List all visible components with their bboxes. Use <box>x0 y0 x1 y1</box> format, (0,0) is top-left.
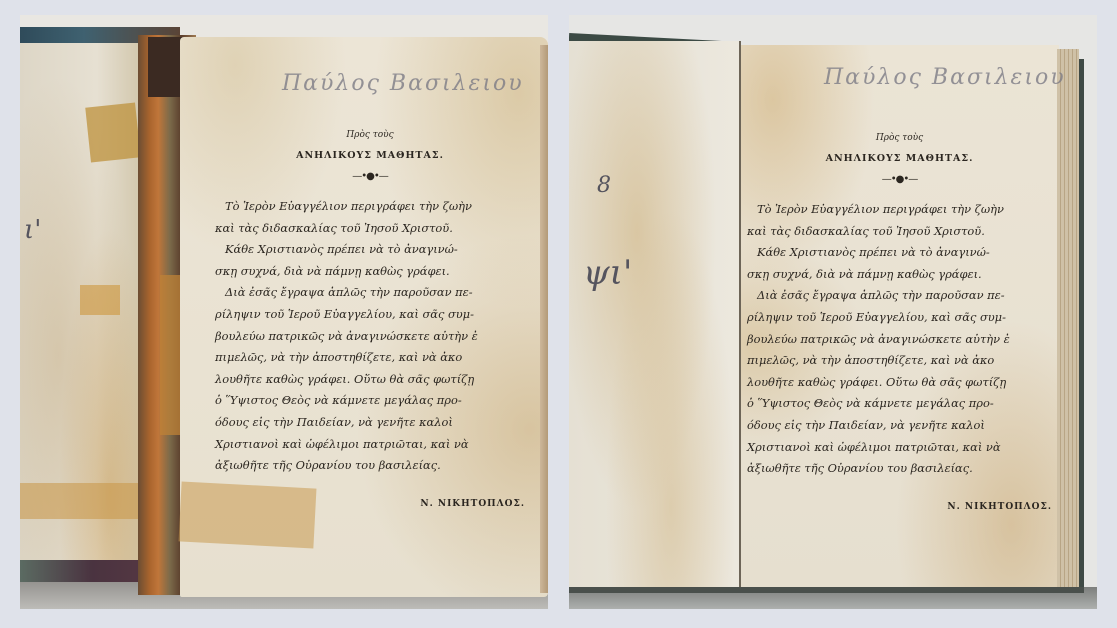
text-line: Τὸ Ἱερὸν Εὐαγγέλιον περιγράφει τὴν ζωὴν <box>747 199 1052 221</box>
text-line: καὶ τὰς διδασκαλίας τοῦ Ἰησοῦ Χριστοῦ. <box>215 218 525 240</box>
text-line: πιμελῶς, νὰ τὴν ἀποστηθίζετε, καὶ νὰ ἀκο <box>215 347 525 369</box>
text-line: όδους εἰς τὴν Παιδείαν, νὰ γενῆτε καλοὶ <box>747 415 1052 437</box>
text-line: σκῃ συχνά, διὰ νὰ πάμνῃ καθὼς γράφει. <box>747 264 1052 286</box>
heading-title: ΑΝΗΛΙΚΟΥΣ ΜΑΘΗΤΑΣ. <box>215 150 525 161</box>
left-flyleaf <box>569 41 739 589</box>
spine-headcap <box>148 37 184 97</box>
margin-mark: ι' <box>24 215 41 245</box>
margin-mark: 8 <box>597 173 611 198</box>
tape-patch <box>85 103 140 163</box>
heading-title: ΑΝΗΛΙΚΟΥΣ ΜΑΘΗΤΑΣ. <box>747 153 1052 164</box>
page-stack <box>1057 49 1079 589</box>
cover-right-edge <box>1079 59 1084 589</box>
text-line: όδους εἰς τὴν Παιδείαν, νὰ γενῆτε καλοὶ <box>215 412 525 434</box>
heading-to: Πρὸς τοὺς <box>215 130 525 140</box>
text-line: ρίληψιν τοῦ Ἱεροῦ Εὐαγγελίου, καὶ σᾶς συ… <box>747 307 1052 329</box>
tape-patch <box>80 285 120 315</box>
text-line: βουλεύω πατρικῶς νὰ ἀναγινώσκετε αὐτὴν ἐ <box>215 326 525 348</box>
text-line: ρίληψιν τοῦ Ἱεροῦ Εὐαγγελίου, καὶ σᾶς συ… <box>215 304 525 326</box>
text-line: Κάθε Χριστιανὸς πρέπει νὰ τὸ ἀναγινώ- <box>747 242 1052 264</box>
author-signature: Ν. ΝΙΚΗΤΟΠΛΟΣ. <box>215 499 525 509</box>
ornament-divider: —•●•— <box>747 174 1052 185</box>
text-line: Χριστιανοὶ καὶ ὠφέλιμοι πατριῶται, καὶ ν… <box>215 434 525 456</box>
author-signature: Ν. ΝΙΚΗΤΟΠΛΟΣ. <box>747 502 1052 512</box>
heading-to: Πρὸς τοὺς <box>747 133 1052 143</box>
text-line: σκῃ συχνά, διὰ νὰ πάμνῃ καθὼς γράφει. <box>215 261 525 283</box>
page-text-block: Πρὸς τοὺς ΑΝΗΛΙΚΟΥΣ ΜΑΘΗΤΑΣ. —•●•— Τὸ Ἱε… <box>747 133 1052 512</box>
page-edge <box>540 45 548 593</box>
text-line: Διὰ ἐσᾶς ἔγραψα ἁπλῶς τὴν παροῦσαν πε- <box>747 285 1052 307</box>
text-line: ὁ Ὕψιστος Θεὸς νὰ κάμνετε μεγάλας προ- <box>747 393 1052 415</box>
ornament-divider: —•●•— <box>215 171 525 182</box>
page-text-block: Πρὸς τοὺς ΑΝΗΛΙΚΟΥΣ ΜΑΘΗΤΑΣ. —•●•— Τὸ Ἱε… <box>215 130 525 509</box>
text-line: καὶ τὰς διδασκαλίας τοῦ Ἰησοῦ Χριστοῦ. <box>747 221 1052 243</box>
text-line: βουλεύω πατρικῶς νὰ ἀναγινώσκετε αὐτὴν ἐ <box>747 329 1052 351</box>
text-line: ἀξιωθῆτε τῆς Οὐρανίου του βασιλείας. <box>215 455 525 477</box>
text-line: ὁ Ὕψιστος Θεὸς νὰ κάμνετε μεγάλας προ- <box>215 390 525 412</box>
cover-bottom-edge <box>569 587 1084 593</box>
text-line: λουθῆτε καθὼς γράφει. Οὕτω θὰ σᾶς φωτίζῃ <box>215 369 525 391</box>
margin-mark: ψι' <box>583 253 632 293</box>
text-line: Διὰ ἐσᾶς ἔγραψα ἁπλῶς τὴν παροῦσαν πε- <box>215 282 525 304</box>
text-line: Χριστιανοὶ καὶ ὠφέλιμοι πατριῶται, καὶ ν… <box>747 437 1052 459</box>
photo-right-open-book: 8 ψι' Παύλος Βασιλειου Πρὸς τοὺς ΑΝΗΛΙΚΟ… <box>569 15 1097 609</box>
text-line: ἀξιωθῆτε τῆς Οὐρανίου του βασιλείας. <box>747 458 1052 480</box>
handwritten-name: Παύλος Βασιλειου <box>824 65 1066 90</box>
text-line: λουθῆτε καθὼς γράφει. Οὕτω θὰ σᾶς φωτίζῃ <box>747 372 1052 394</box>
text-line: πιμελῶς, νὰ τὴν ἀποστηθίζετε, καὶ νὰ ἀκο <box>747 350 1052 372</box>
photo-left-worn-book: ι' Παύλος Βασιλειου Πρὸς τοὺς ΑΝΗΛΙΚΟΥΣ … <box>20 15 548 609</box>
text-line: Τὸ Ἱερὸν Εὐαγγέλιον περιγράφει τὴν ζωὴν <box>215 196 525 218</box>
handwritten-name: Παύλος Βασιλειου <box>282 71 524 96</box>
text-line: Κάθε Χριστιανὸς πρέπει νὰ τὸ ἀναγινώ- <box>215 239 525 261</box>
